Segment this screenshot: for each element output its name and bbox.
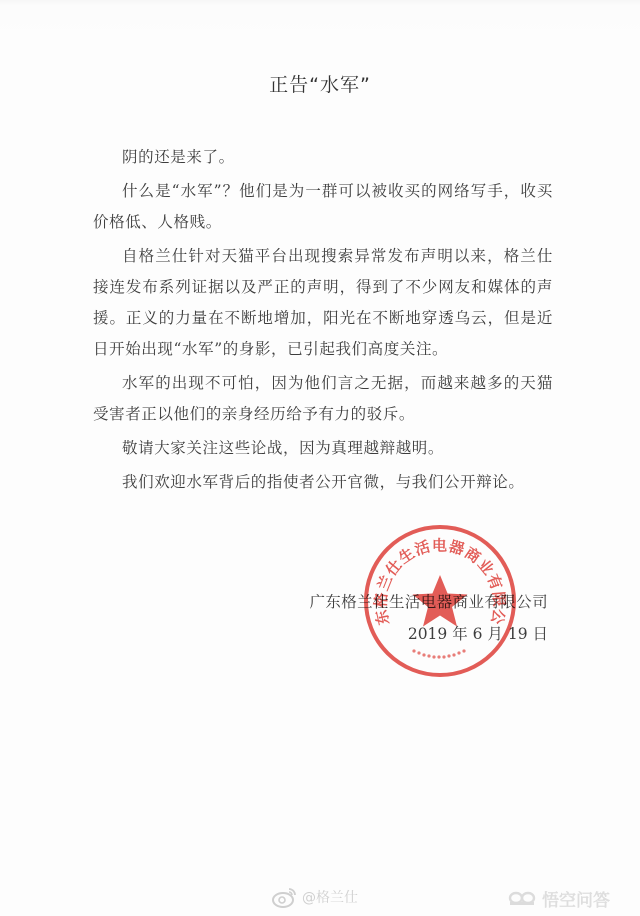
paragraph: 敬请大家关注这些论战，因为真理越辩越明。 [93, 433, 553, 464]
document-title: 正告“水军” [0, 70, 640, 97]
weibo-handle: @格兰仕 [302, 887, 358, 907]
wukong-label: 悟空问答 [542, 886, 610, 911]
seal-star-icon [413, 575, 468, 627]
paragraph: 阴的还是来了。 [93, 142, 553, 173]
weibo-icon [272, 886, 298, 908]
paragraph: 什么是“水军”？他们是为一群可以被收买的网络写手，收买价格低、人格贱。 [93, 176, 553, 238]
paragraph: 自格兰仕针对天猫平台出现搜索异常发布声明以来，格兰仕接连发布系列证据以及严正的声… [93, 241, 553, 365]
paragraph: 水军的出现不可怕，因为他们言之无据，而越来越多的天猫受害者正以他们的亲身经历给予… [93, 368, 553, 430]
seal-serial-number [412, 649, 465, 658]
wukong-watermark: 悟空问答 [508, 884, 610, 912]
weibo-watermark: @格兰仕 [272, 884, 358, 910]
company-seal-icon: 广东格兰仕生活电器商业有限公司 [362, 523, 518, 679]
document-body: 阴的还是来了。 什么是“水军”？他们是为一群可以被收买的网络写手，收买价格低、人… [93, 142, 553, 501]
wukong-logo-icon [508, 889, 536, 907]
paragraph: 我们欢迎水军背后的指使者公开官微，与我们公开辩论。 [93, 467, 553, 498]
document-page: 正告“水军” 阴的还是来了。 什么是“水军”？他们是为一群可以被收买的网络写手，… [0, 0, 640, 916]
